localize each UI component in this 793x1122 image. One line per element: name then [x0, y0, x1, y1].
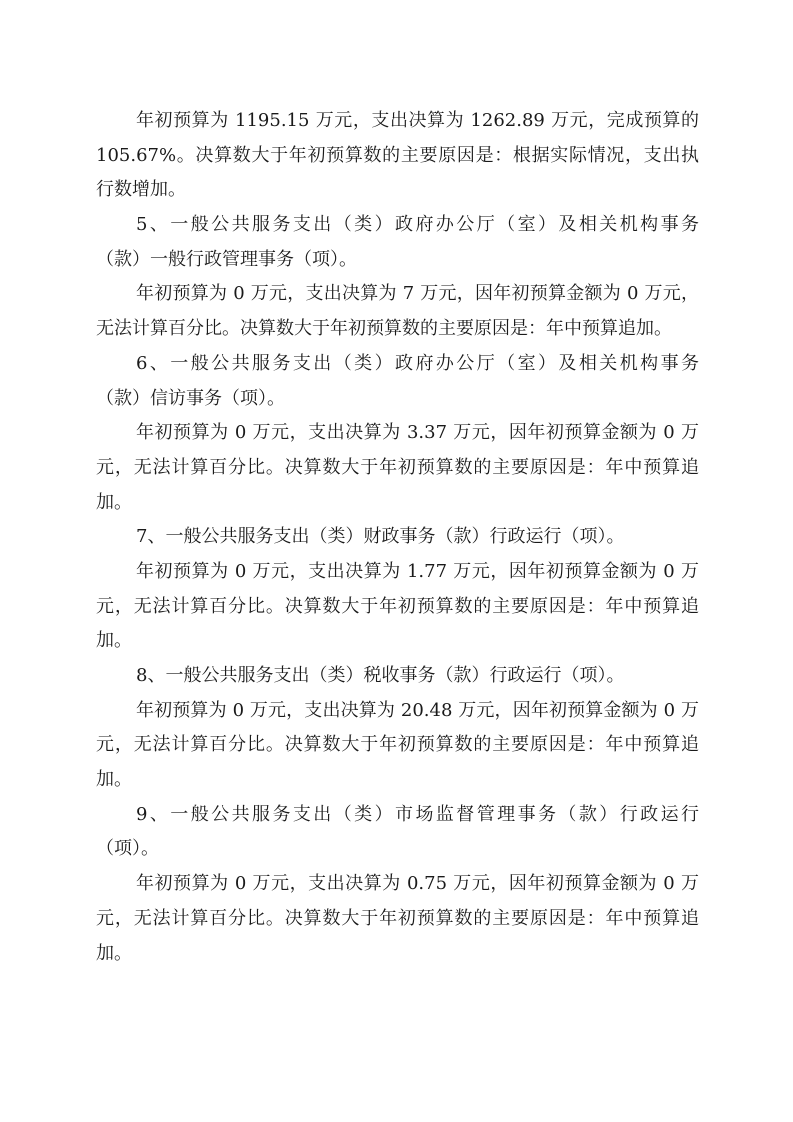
text-line: 元，无法计算百分比。决算数大于年初预算数的主要原因是：年中预算追 [96, 728, 699, 763]
item-9-heading: 9、一般公共服务支出（类）市场监督管理事务（款）行政运行 （项）。 [96, 798, 699, 867]
item-8-heading: 8、一般公共服务支出（类）税收事务（款）行政运行（项）。 [96, 659, 699, 694]
text-line: （项）。 [96, 832, 699, 867]
text-line: 8、一般公共服务支出（类）税收事务（款）行政运行（项）。 [96, 659, 699, 694]
item-5-heading: 5、一般公共服务支出（类）政府办公厅（室）及相关机构事务 （款）一般行政管理事务… [96, 208, 699, 277]
text-line: 行数增加。 [96, 173, 699, 208]
document-page: 年初预算为 1195.15 万元，支出决算为 1262.89 万元，完成预算的 … [0, 0, 793, 1122]
text-line: 5、一般公共服务支出（类）政府办公厅（室）及相关机构事务 [96, 208, 699, 243]
item-7-body: 年初预算为 0 万元，支出决算为 1.77 万元，因年初预算金额为 0 万 元，… [96, 555, 699, 659]
text-line: 无法计算百分比。决算数大于年初预算数的主要原因是：年中预算追加。 [96, 312, 699, 347]
text-line: 9、一般公共服务支出（类）市场监督管理事务（款）行政运行 [96, 798, 699, 833]
text-line: 年初预算为 0 万元，支出决算为 1.77 万元，因年初预算金额为 0 万 [96, 555, 699, 590]
text-line: 元，无法计算百分比。决算数大于年初预算数的主要原因是：年中预算追 [96, 451, 699, 486]
text-line: 加。 [96, 937, 699, 972]
text-line: 105.67%。决算数大于年初预算数的主要原因是：根据实际情况，支出执 [96, 139, 699, 174]
text-line: 加。 [96, 763, 699, 798]
document-body: 年初预算为 1195.15 万元，支出决算为 1262.89 万元，完成预算的 … [96, 104, 699, 971]
text-line: 6、一般公共服务支出（类）政府办公厅（室）及相关机构事务 [96, 347, 699, 382]
text-line: 年初预算为 0 万元，支出决算为 3.37 万元，因年初预算金额为 0 万 [96, 416, 699, 451]
item-6-heading: 6、一般公共服务支出（类）政府办公厅（室）及相关机构事务 （款）信访事务（项）。 [96, 347, 699, 416]
item-7-heading: 7、一般公共服务支出（类）财政事务（款）行政运行（项）。 [96, 520, 699, 555]
text-line: （款）信访事务（项）。 [96, 382, 699, 417]
item-6-body: 年初预算为 0 万元，支出决算为 3.37 万元，因年初预算金额为 0 万 元，… [96, 416, 699, 520]
item-8-body: 年初预算为 0 万元，支出决算为 20.48 万元，因年初预算金额为 0 万 元… [96, 694, 699, 798]
text-line: 加。 [96, 486, 699, 521]
text-line: 年初预算为 0 万元，支出决算为 0.75 万元，因年初预算金额为 0 万 [96, 867, 699, 902]
text-line: 元，无法计算百分比。决算数大于年初预算数的主要原因是：年中预算追 [96, 590, 699, 625]
text-line: 加。 [96, 624, 699, 659]
text-line: 年初预算为 0 万元，支出决算为 7 万元，因年初预算金额为 0 万元， [96, 277, 699, 312]
item-5-body: 年初预算为 0 万元，支出决算为 7 万元，因年初预算金额为 0 万元， 无法计… [96, 277, 699, 346]
text-line: 7、一般公共服务支出（类）财政事务（款）行政运行（项）。 [96, 520, 699, 555]
text-line: 年初预算为 1195.15 万元，支出决算为 1262.89 万元，完成预算的 [96, 104, 699, 139]
text-line: 年初预算为 0 万元，支出决算为 20.48 万元，因年初预算金额为 0 万 [96, 694, 699, 729]
text-line: 元，无法计算百分比。决算数大于年初预算数的主要原因是：年中预算追 [96, 902, 699, 937]
text-line: （款）一般行政管理事务（项）。 [96, 243, 699, 278]
paragraph-prev-item-result: 年初预算为 1195.15 万元，支出决算为 1262.89 万元，完成预算的 … [96, 104, 699, 208]
item-9-body: 年初预算为 0 万元，支出决算为 0.75 万元，因年初预算金额为 0 万 元，… [96, 867, 699, 971]
